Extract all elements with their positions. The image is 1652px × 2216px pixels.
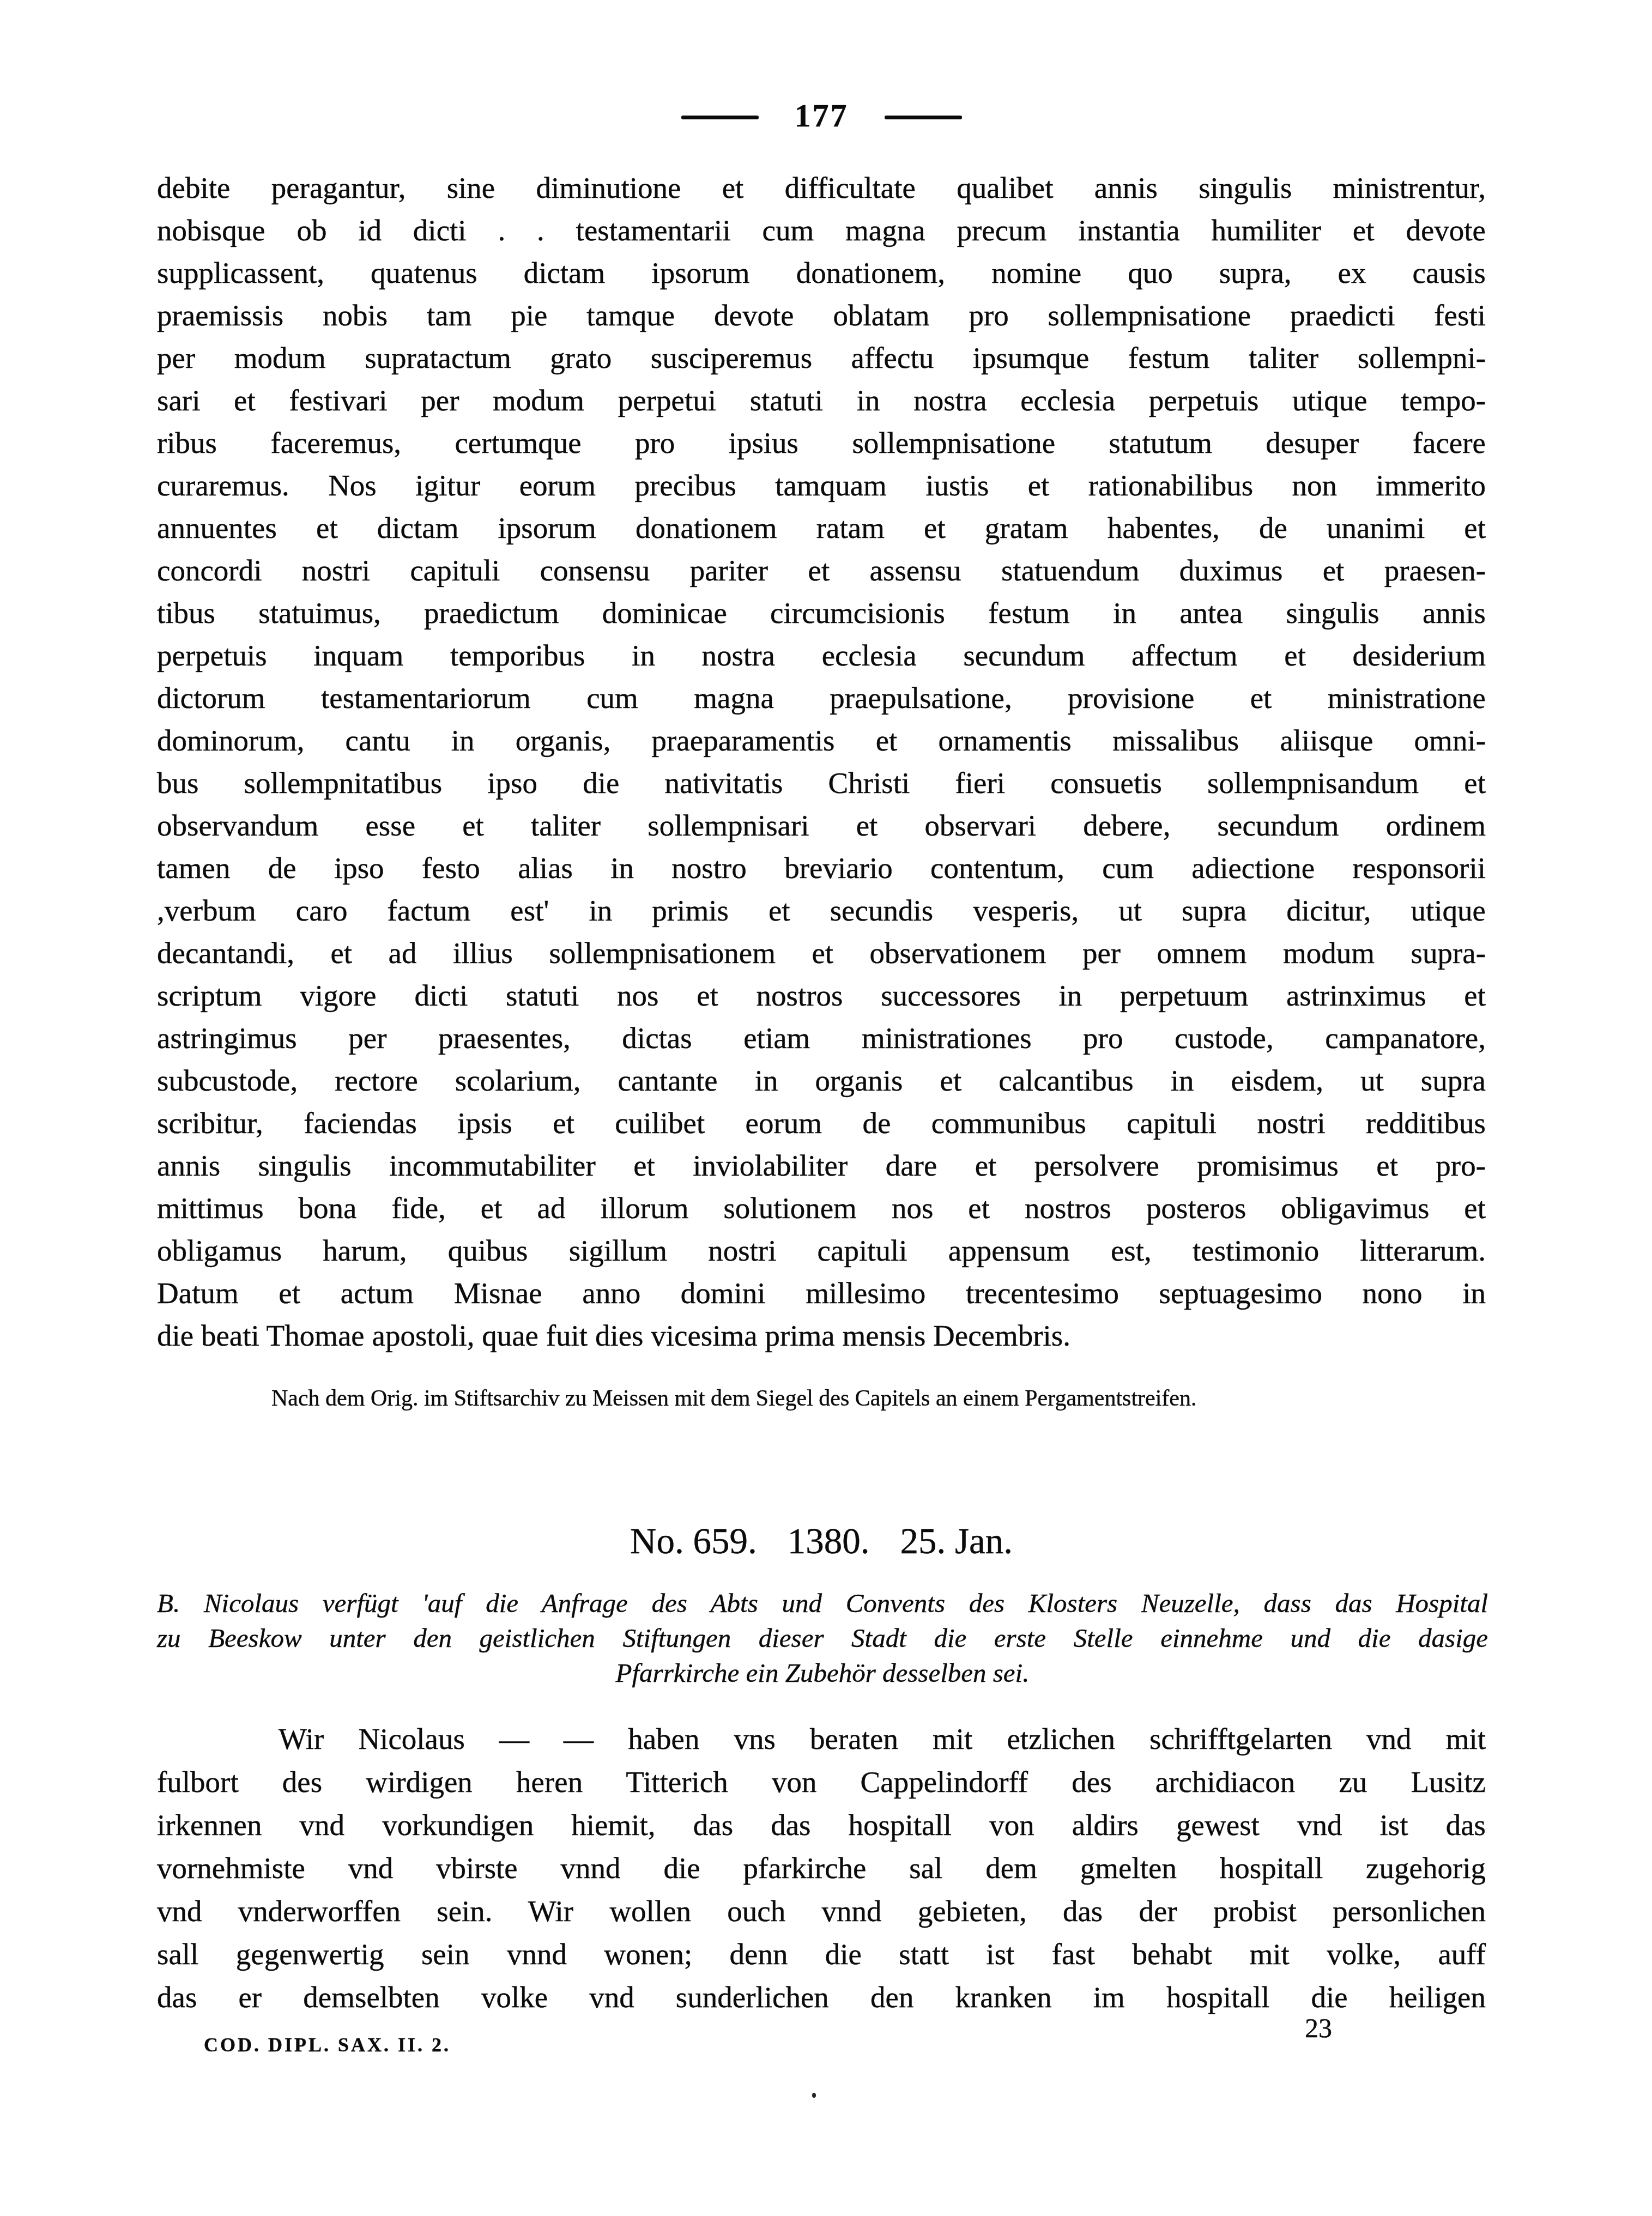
series-signature: COD. DIPL. SAX. II. 2.	[204, 2033, 451, 2056]
german-text-block: Wir Nicolaus — — haben vns beraten mit e…	[157, 1717, 1486, 2019]
text-line: scribitur, faciendas ipsis et cuilibet e…	[157, 1102, 1486, 1145]
text-line: subcustode, rectore scolarium, cantante …	[157, 1059, 1486, 1102]
text-line: mittimus bona fide, et ad illorum soluti…	[157, 1187, 1486, 1230]
text-line: Datum et actum Misnae anno domini milles…	[157, 1272, 1486, 1315]
page-header: 177	[157, 99, 1486, 135]
text-line: vnd vnderworffen sein. Wir wollen ouch v…	[157, 1890, 1486, 1933]
text-line: Pfarrkirche ein Zubehör desselben sei.	[157, 1656, 1488, 1691]
sheet-number: 23	[1305, 2012, 1332, 2044]
text-line: bus sollempnitatibus ipso die nativitati…	[157, 762, 1486, 804]
source-note: Nach dem Orig. im Stiftsarchiv zu Meisse…	[271, 1384, 1525, 1413]
text-line: perpetuis inquam temporibus in nostra ec…	[157, 634, 1486, 677]
text-line: B. Nicolaus verfügt 'auf die Anfrage des…	[157, 1586, 1488, 1621]
text-line: dominorum, cantu in organis, praeparamen…	[157, 719, 1486, 762]
entry-date: 25. Jan.	[900, 1519, 1013, 1563]
text-line: obligamus harum, quibus sigillum nostri …	[157, 1230, 1486, 1272]
text-line: fulbort des wirdigen heren Titterich von…	[157, 1760, 1486, 1803]
text-line: zu Beeskow unter den geistlichen Stiftun…	[157, 1621, 1488, 1656]
text-line: astringimus per praesentes, dictas etiam…	[157, 1017, 1486, 1059]
text-line: praemissis nobis tam pie tamque devote o…	[157, 294, 1486, 337]
page-number: 177	[795, 99, 849, 135]
text-line: tamen de ipso festo alias in nostro brev…	[157, 847, 1486, 889]
text-line: per modum supratactum grato susciperemus…	[157, 337, 1486, 379]
latin-text-block: debite peragantur, sine diminutione et d…	[157, 167, 1486, 1357]
text-line: supplicassent, quatenus dictam ipsorum d…	[157, 252, 1486, 294]
text-line: ribus faceremus, certumque pro ipsius so…	[157, 422, 1486, 464]
text-line: tibus statuimus, praedictum dominicae ci…	[157, 592, 1486, 634]
text-line: irkennen vnd vorkundigen hiemit, das das…	[157, 1803, 1486, 1846]
text-line: sall gegenwertig sein vnnd wonen; denn d…	[157, 1933, 1486, 1976]
text-line: observandum esse et taliter sollempnisar…	[157, 804, 1486, 847]
text-line: das er demselbten volke vnd sunderlichen…	[157, 1976, 1486, 2019]
entry-heading: No. 659. 1380. 25. Jan.	[157, 1519, 1486, 1563]
text-line: vornehmiste vnd vbirste vnnd die pfarkir…	[157, 1846, 1486, 1890]
text-line: annis singulis incommutabiliter et invio…	[157, 1145, 1486, 1187]
text-line: die beati Thomae apostoli, quae fuit die…	[157, 1315, 1486, 1357]
text-line: decantandi, et ad illius sollempnisation…	[157, 932, 1486, 974]
text-line: annuentes et dictam ipsorum donationem r…	[157, 507, 1486, 549]
header-rule-right	[885, 116, 962, 119]
text-line: concordi nostri capituli consensu parite…	[157, 549, 1486, 592]
entry-number: No. 659.	[630, 1519, 757, 1563]
text-line: curaremus. Nos igitur eorum precibus tam…	[157, 464, 1486, 507]
ink-dot	[812, 2093, 816, 2098]
text-line: scriptum vigore dicti statuti nos et nos…	[157, 974, 1486, 1017]
text-line: sari et festivari per modum perpetui sta…	[157, 379, 1486, 422]
document-page: 177 debite peragantur, sine diminutione …	[0, 0, 1652, 2216]
header-rule-left	[681, 116, 759, 119]
text-line: debite peragantur, sine diminutione et d…	[157, 167, 1486, 209]
text-line: dictorum testamentariorum cum magna prae…	[157, 677, 1486, 719]
text-line: Wir Nicolaus — — haben vns beraten mit e…	[157, 1717, 1486, 1760]
text-line: nobisque ob id dicti . . testamentarii c…	[157, 209, 1486, 252]
entry-summary: B. Nicolaus verfügt 'auf die Anfrage des…	[157, 1586, 1488, 1691]
text-line: ,verbum caro factum est' in primis et se…	[157, 889, 1486, 932]
entry-year: 1380.	[788, 1519, 870, 1563]
